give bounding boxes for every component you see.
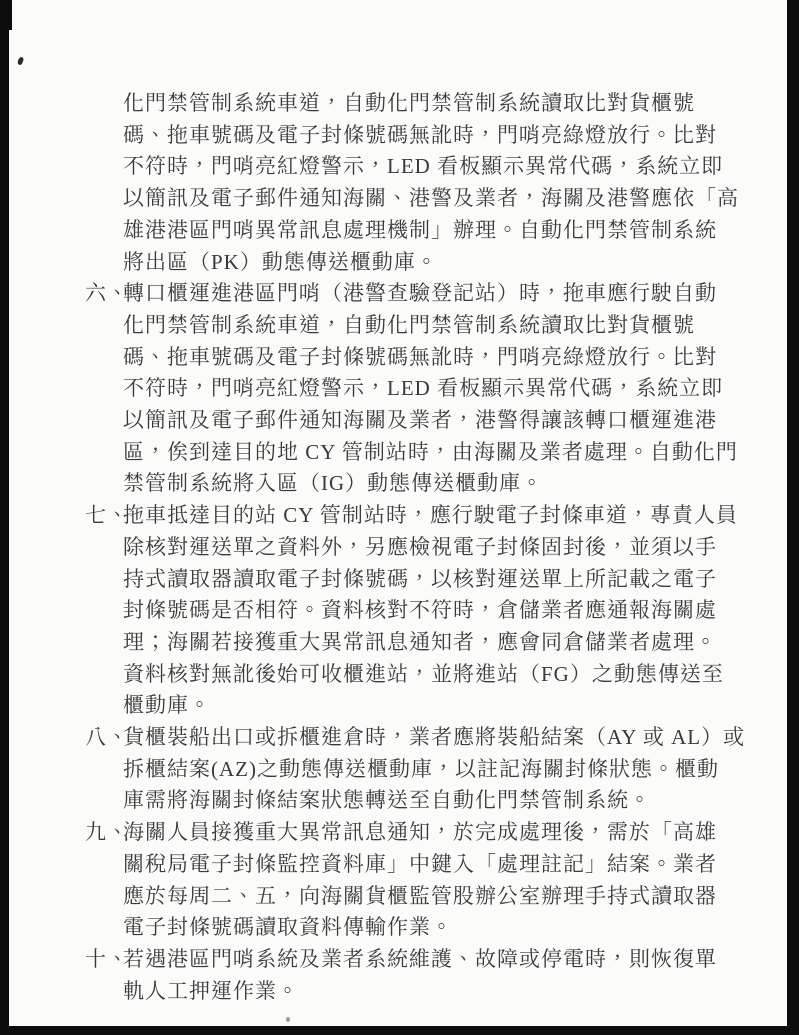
text-line: 化門禁管制系統車道，自動化門禁管制系統讀取比對貨櫃號 [123, 88, 730, 120]
paragraph-5-continuation: 化門禁管制系統車道，自動化門禁管制系統讀取比對貨櫃號 碼、拖車號碼及電子封條號碼… [85, 88, 730, 278]
text-line: 應於每周二、五，向海關貨櫃監管股辦公室辦理手持式讀取器 [123, 881, 730, 913]
text-line: 雄港港區門哨異常訊息處理機制」辦理。自動化門禁管制系統 [123, 215, 730, 247]
text-line: 若遇港區門哨系統及業者系統維護、故障或停電時，則恢復單 [123, 944, 730, 976]
ink-speck [17, 56, 24, 65]
document-body: 化門禁管制系統車道，自動化門禁管制系統讀取比對貨櫃號 碼、拖車號碼及電子封條號碼… [85, 88, 730, 1007]
text-line: 軌人工押運作業。 [123, 976, 730, 1008]
text-line: 化門禁管制系統車道，自動化門禁管制系統讀取比對貨櫃號 [123, 310, 730, 342]
scan-edge-right [787, 0, 799, 1035]
scan-edge-left [0, 0, 9, 1035]
text-line: 拖車抵達目的站 CY 管制站時，應行駛電子封條車道，專責人員 [123, 500, 730, 532]
text-line: 以簡訊及電子郵件通知海關、港警及業者，海關及港警應依「高 [123, 183, 730, 215]
paragraph-7: 七、 拖車抵達目的站 CY 管制站時，應行駛電子封條車道，專責人員 除核對運送單… [85, 500, 730, 722]
text-line: 拆櫃結案(AZ)之動態傳送櫃動庫，以註記海關封條狀態。櫃動 [123, 754, 730, 786]
paragraph-number: 六、 [85, 278, 129, 310]
text-line: 碼、拖車號碼及電子封條號碼無訛時，門哨亮綠燈放行。比對 [123, 120, 730, 152]
text-line: 封條號碼是否相符。資料核對不符時，倉儲業者應通報海關處 [123, 595, 730, 627]
text-line: 不符時，門哨亮紅燈警示，LED 看板顯示異常代碼，系統立即 [123, 373, 730, 405]
text-line: 庫需將海關封條結案狀態轉送至自動化門禁管制系統。 [123, 785, 730, 817]
paragraph-number: 七、 [85, 500, 129, 532]
text-line: 不符時，門哨亮紅燈警示，LED 看板顯示異常代碼，系統立即 [123, 151, 730, 183]
text-line: 將出區（PK）動態傳送櫃動庫。 [123, 247, 730, 279]
text-line: 電子封條號碼讀取資料傳輸作業。 [123, 912, 730, 944]
text-line: 持式讀取器讀取電子封條號碼，以核對運送單上所記載之電子 [123, 564, 730, 596]
text-line: 碼、拖車號碼及電子封條號碼無訛時，門哨亮綠燈放行。比對 [123, 342, 730, 374]
text-line: 禁管制系統將入區（IG）動態傳送櫃動庫。 [123, 468, 730, 500]
text-line: 櫃動庫。 [123, 690, 730, 722]
ink-speck [286, 1017, 290, 1022]
paragraph-10: 十、 若遇港區門哨系統及業者系統維護、故障或停電時，則恢復單 軌人工押運作業。 [85, 944, 730, 1007]
text-line: 理；海關若接獲重大異常訊息通知者，應會同倉儲業者處理。 [123, 627, 730, 659]
text-line: 關稅局電子封條監控資料庫」中鍵入「處理註記」結案。業者 [123, 849, 730, 881]
text-line: 貨櫃裝船出口或拆櫃進倉時，業者應將裝船結案（AY 或 AL）或 [123, 722, 730, 754]
text-line: 海關人員接獲重大異常訊息通知，於完成處理後，需於「高雄 [123, 817, 730, 849]
text-line: 區，俟到達目的地 CY 管制站時，由海關及業者處理。自動化門 [123, 437, 730, 469]
paragraph-number: 九、 [85, 817, 129, 849]
text-line: 轉口櫃運進港區門哨（港警查驗登記站）時，拖車應行駛自動 [123, 278, 730, 310]
paragraph-8: 八、 貨櫃裝船出口或拆櫃進倉時，業者應將裝船結案（AY 或 AL）或 拆櫃結案(… [85, 722, 730, 817]
scanned-page: 化門禁管制系統車道，自動化門禁管制系統讀取比對貨櫃號 碼、拖車號碼及電子封條號碼… [0, 0, 799, 1035]
paragraph-number: 八、 [85, 722, 129, 754]
paragraph-9: 九、 海關人員接獲重大異常訊息通知，於完成處理後，需於「高雄 關稅局電子封條監控… [85, 817, 730, 944]
text-line: 資料核對無訛後始可收櫃進站，並將進站（FG）之動態傳送至 [123, 659, 730, 691]
paragraph-6: 六、 轉口櫃運進港區門哨（港警查驗登記站）時，拖車應行駛自動 化門禁管制系統車道… [85, 278, 730, 500]
scan-edge-bottom [0, 1026, 799, 1035]
paragraph-number: 十、 [85, 944, 129, 976]
text-line: 除核對運送單之資料外，另應檢視電子封條固封後，並須以手 [123, 532, 730, 564]
text-line: 以簡訊及電子郵件通知海關及業者，港警得讓該轉口櫃運進港 [123, 405, 730, 437]
